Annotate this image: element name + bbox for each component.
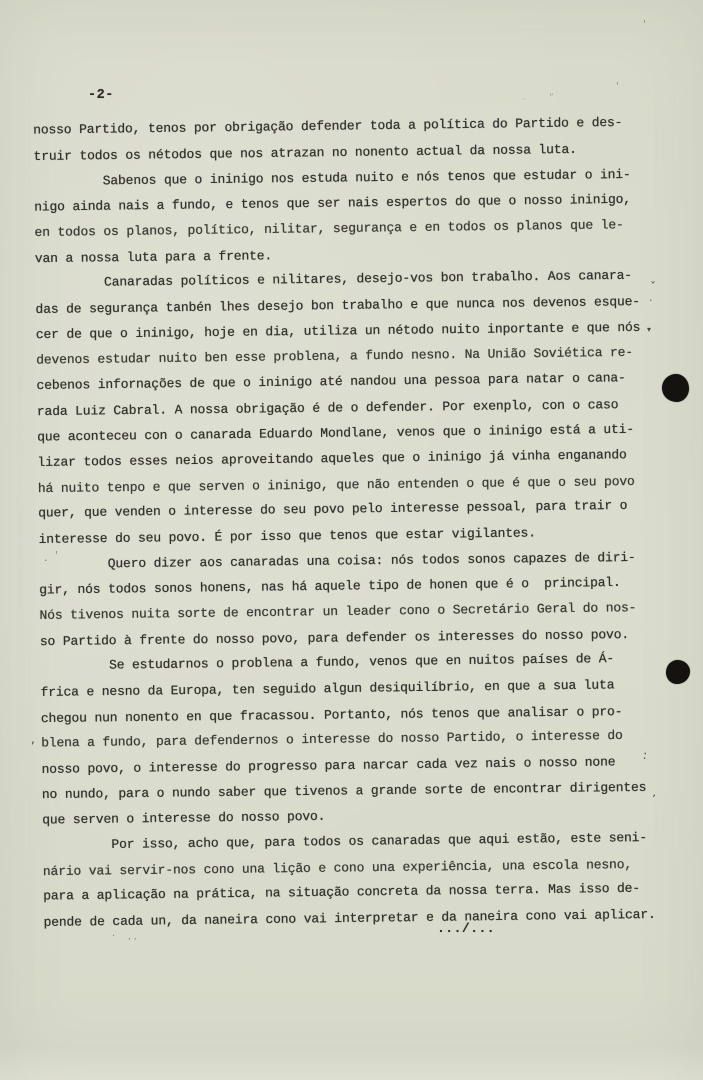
stray-mark: , (31, 733, 35, 745)
stray-mark: : (642, 749, 648, 761)
stray-mark: · (112, 932, 115, 942)
stray-mark: ' (643, 20, 646, 30)
stray-mark: ' (616, 82, 619, 92)
stray-mark: ˇ (650, 281, 656, 293)
stray-mark: ’ (649, 793, 656, 806)
stray-mark: - (522, 93, 526, 104)
stray-marks: ''”-ˇ·▾·',:’·, , (0, 0, 703, 1080)
stray-mark: , , (128, 933, 137, 942)
stray-mark: · (44, 555, 48, 566)
document-page: -2- nosso Partido, tenos por obrigação d… (0, 0, 703, 1080)
stray-mark: · (649, 295, 653, 306)
stray-mark: ▾ (647, 326, 651, 334)
stray-mark: ' (55, 551, 58, 561)
stray-mark: ” (549, 94, 554, 103)
